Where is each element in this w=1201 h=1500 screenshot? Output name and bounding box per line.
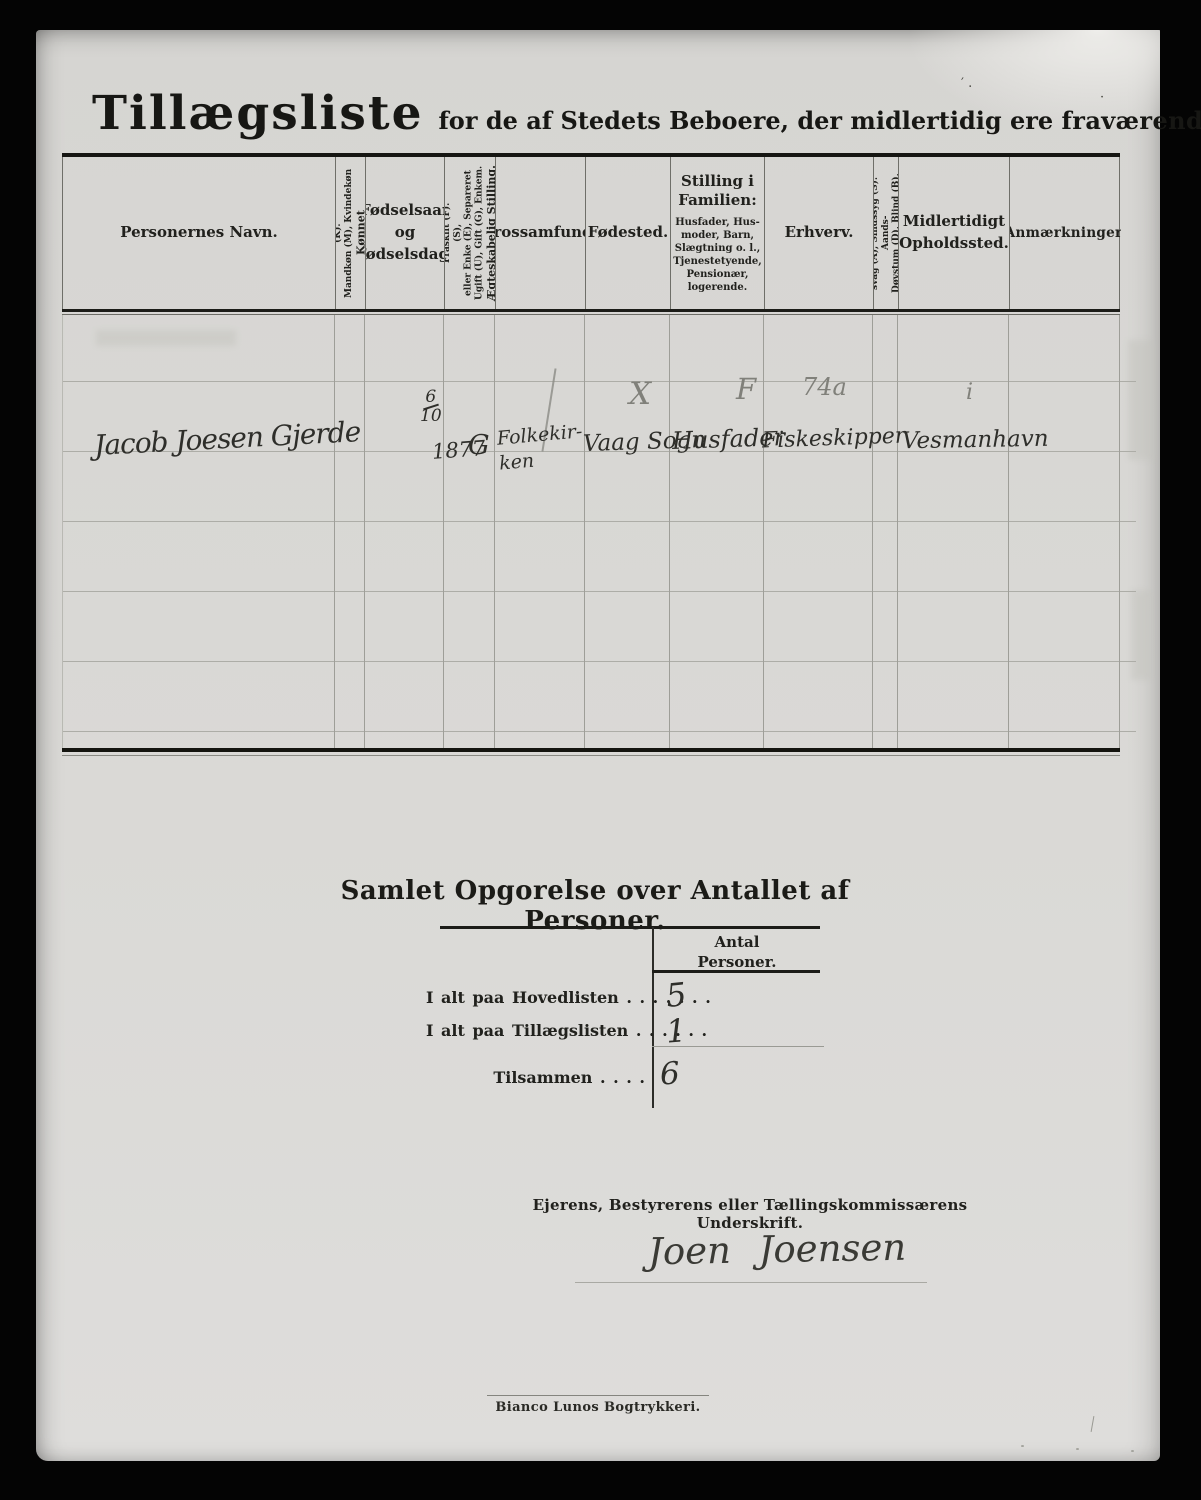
scan-frame: ′ . · Tillægsliste for de af Stedets Beb… <box>0 0 1201 1500</box>
header-bottom-rule <box>62 309 1120 312</box>
paper-scratch <box>1091 1416 1095 1432</box>
scanned-page: ′ . · Tillægsliste for de af Stedets Beb… <box>36 30 1160 1461</box>
pencil-occupation-code: 74a <box>802 373 847 401</box>
column-header-birthplace: Fødested. <box>586 157 671 309</box>
signature-handwritten: Joen Joensen <box>648 1226 907 1273</box>
summary-header-rule <box>652 970 820 973</box>
entry-faith: Folkekir- ken <box>496 419 586 476</box>
paper-speck <box>1076 1448 1079 1450</box>
column-header-occupation: Erhverv. <box>765 157 874 309</box>
column-lines <box>62 315 1120 748</box>
paper-speck <box>1131 1450 1134 1452</box>
form-subtitle-emphasis: fraværende. <box>1062 106 1201 135</box>
table-header-row: Personernes Navn. Kønnet Mandkøn (M), Kv… <box>62 157 1120 309</box>
column-header-marital: Ægteskabelig Stilling. Ugift (U), Gift (… <box>445 157 496 309</box>
column-header-name: Personernes Navn. <box>63 157 336 309</box>
column-header-faith: Trossamfund. <box>496 157 586 309</box>
entry-residence: Vesmanhavn <box>902 426 1049 455</box>
entry-marital-status: G <box>468 430 490 461</box>
dot-leaders: . . . . <box>592 1068 645 1087</box>
column-header-birthdate: Fødselsaar og Fødselsdag. <box>366 157 445 309</box>
pencil-residence-mark: i <box>966 380 973 405</box>
entry-birth-date-fraction: 6 10 <box>420 390 442 424</box>
pencil-family-mark: F <box>736 372 756 406</box>
paper-speck <box>1021 1445 1024 1447</box>
summary-value-tilsammen: 6 <box>659 1056 681 1093</box>
summary-value-hovedlisten: 5 <box>664 975 688 1015</box>
form-title: Tillægsliste <box>92 86 423 141</box>
signature-label: Ejerens, Bestyrerens eller Tællingskommi… <box>524 1196 976 1232</box>
rotated-header-sex: Kønnet Mandkøn (M), Kvindekøn (K). <box>336 160 366 306</box>
column-header-remarks: Anmærkninger. <box>1010 157 1121 309</box>
form-title-row: Tillægsliste for de af Stedets Beboere, … <box>92 86 1132 141</box>
summary-value-tillaegslisten: 1 <box>665 1011 688 1050</box>
rotated-header-marital: Ægteskabelig Stilling. Ugift (U), Gift (… <box>445 160 496 306</box>
summary-row-tilsammen: Tilsammen . . . . <box>426 1068 645 1087</box>
pencil-birthplace-mark: X <box>629 376 651 412</box>
printer-rule <box>487 1395 709 1396</box>
table-bottom-rule <box>62 748 1120 752</box>
summary-column-header: Antal Personer. <box>654 933 820 972</box>
column-header-disability: Døvstum (D), Blind (B), Aands- svag (A),… <box>874 157 899 309</box>
table-body <box>62 315 1120 748</box>
signature-underline <box>575 1282 927 1283</box>
printer-imprint: Bianco Lunos Bogtrykkeri. <box>487 1400 709 1415</box>
rotated-header-disability: Døvstum (D), Blind (B), Aands- svag (A),… <box>874 160 899 306</box>
summary-top-rule <box>440 926 820 929</box>
summary-row-hovedlisten: I alt paa Hovedlisten . . . . . . . <box>426 988 645 1007</box>
column-header-residence: Midlertidigt Opholdssted. <box>899 157 1010 309</box>
entry-occupation: Fiskeskipper <box>762 424 906 454</box>
column-header-sex: Kønnet Mandkøn (M), Kvindekøn (K). <box>336 157 366 309</box>
form-subtitle: for de af Stedets Beboere, der midlertid… <box>438 106 1201 135</box>
entry-birth-day: 6 <box>425 390 436 405</box>
summary-row-tillaegslisten: I alt paa Tillægslisten . . . . . . <box>426 1021 645 1040</box>
column-header-family-position: Stilling i Familien: Husfader, Hus- mode… <box>671 157 765 309</box>
table-bottom-rule-thin <box>62 755 1120 756</box>
entry-birth-month: 10 <box>420 409 442 424</box>
